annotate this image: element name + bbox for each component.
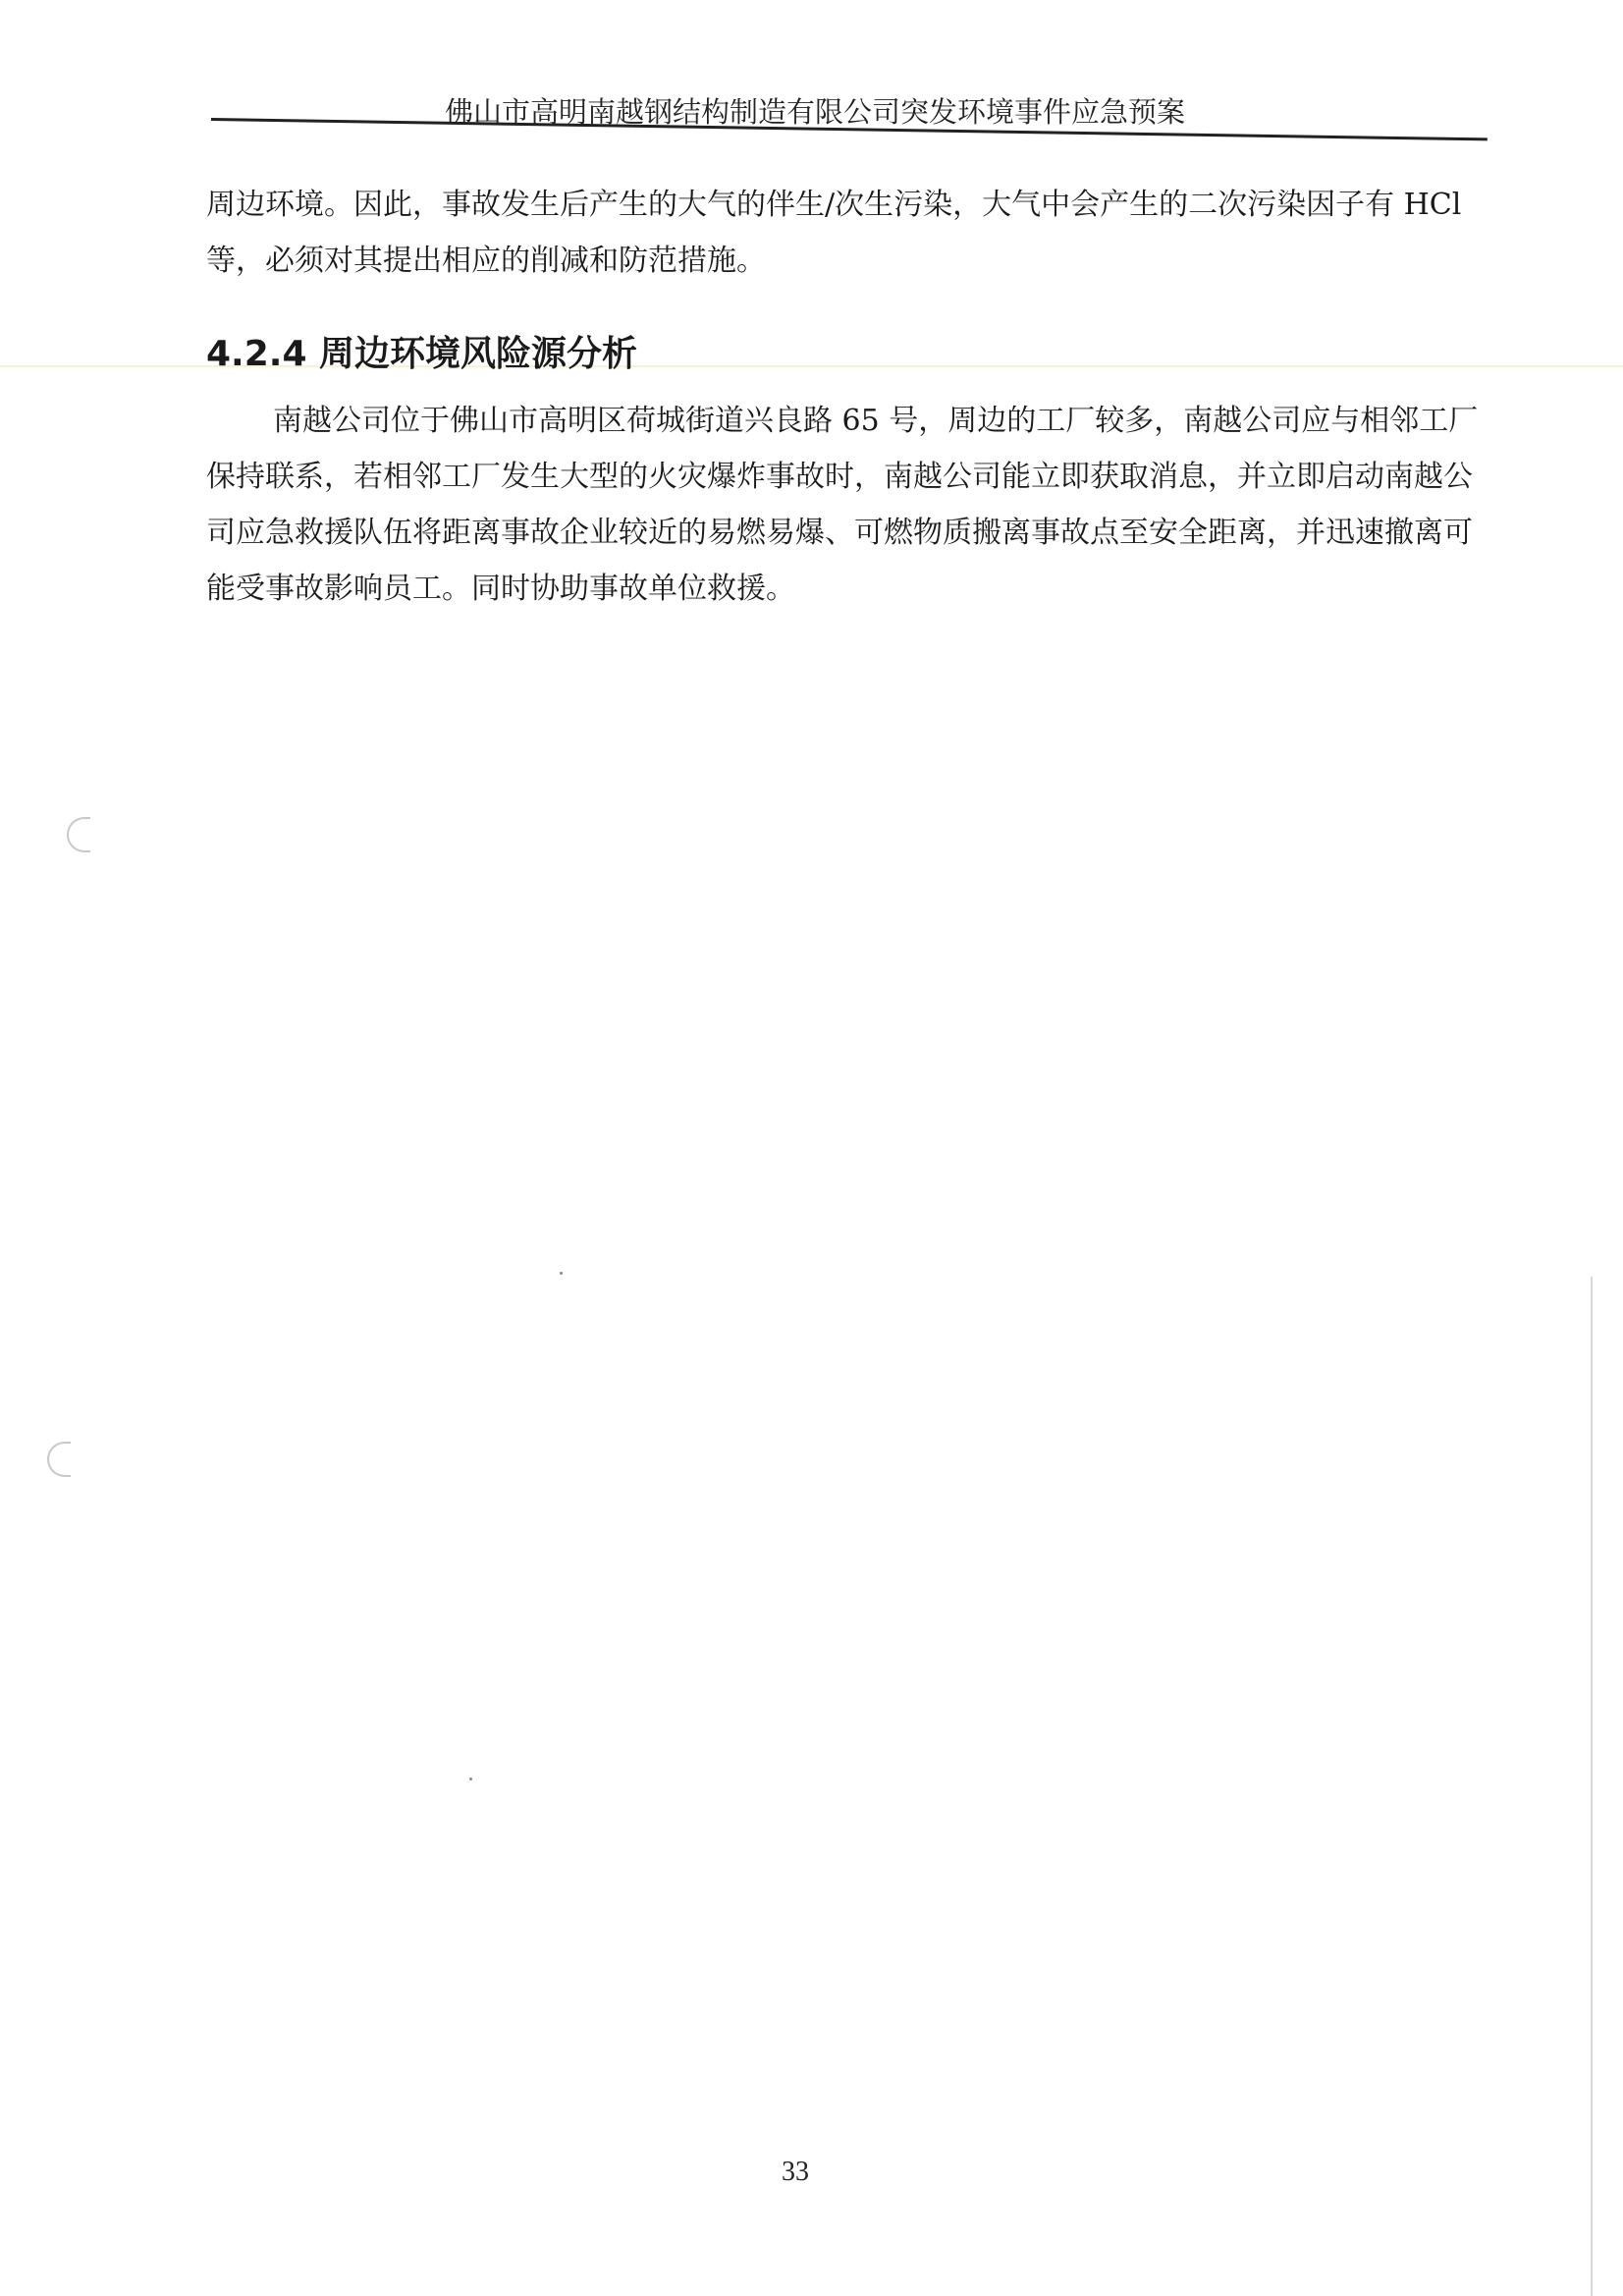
binding-hole-mark [47,1442,71,1477]
scan-speck [560,1272,563,1275]
scan-speck [469,1777,472,1780]
paragraph-surrounding-risk: 南越公司位于佛山市高明区荷城街道兴良路 65 号，周边的工厂较多，南越公司应与相… [206,393,1483,617]
binding-hole-mark [67,817,90,852]
section-heading: 4.2.4 周边环境风险源分析 [206,326,637,376]
page-edge-shadow [1591,1277,1593,2296]
document-header-title: 佛山市高明南越钢结构制造有限公司突发环境事件应急预案 [196,90,1434,131]
paragraph-continuation: 周边环境。因此，事故发生后产生的大气的伴生/次生污染，大气中会产生的二次污染因子… [206,177,1483,289]
page-number: 33 [782,2157,809,2188]
